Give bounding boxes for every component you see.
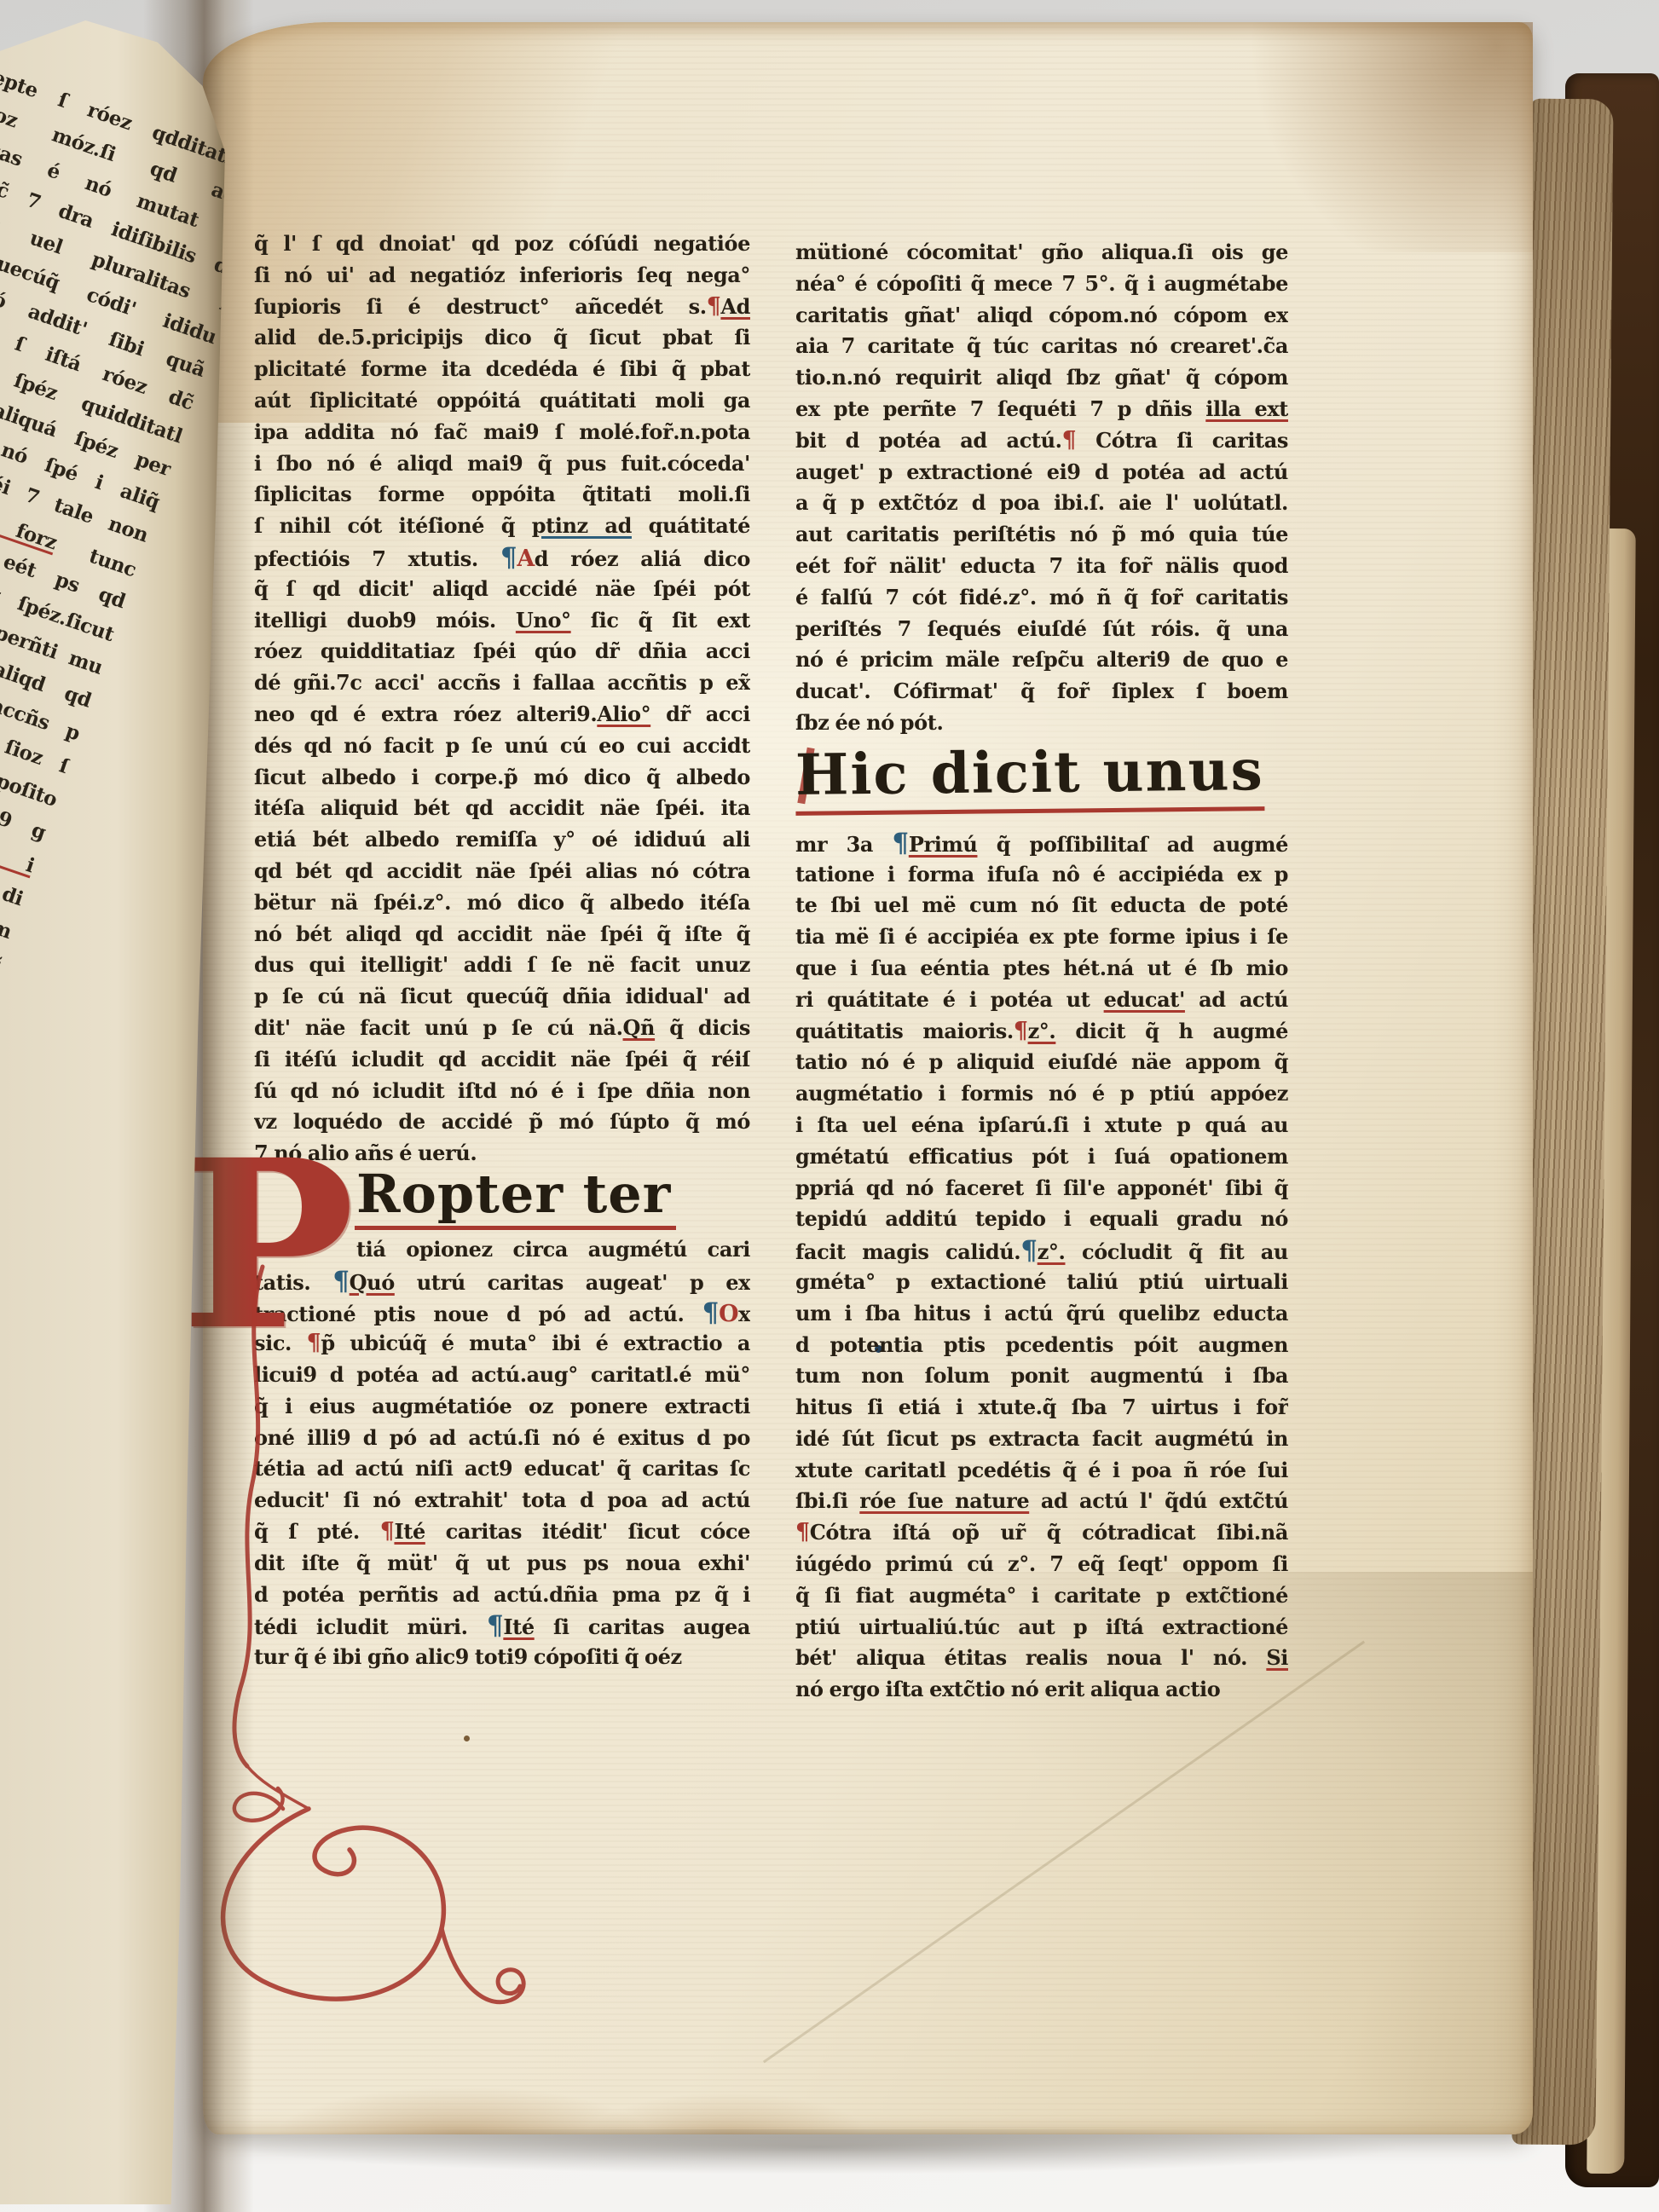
text-line: róez quidditatiaz ſpéi qúo dr̃ dñia acci	[254, 636, 750, 667]
text-line: a q̃ p extc̃tóz d poa ibi.ſ. aie l' uolú…	[795, 488, 1288, 519]
text-line: mütioné cócomitat' gño aliqua.ſi ois ge	[795, 237, 1288, 269]
text-line: alid de.5.pricipijs dico q̃ ſicut pbat ſ…	[254, 322, 750, 354]
text-line: nó é pricim mäle reſpc̃u alteri9 de quo …	[795, 644, 1288, 676]
text-line: tia më ſi é accipiéa ex pte forme ipius …	[795, 921, 1288, 953]
top-right-stain	[1226, 22, 1533, 252]
text-line: itelligi duob9 móis. Uno° ſic q̃ ſit ext	[254, 605, 750, 637]
text-line: ri quátitate é i potéa ut educat' ad act…	[795, 985, 1288, 1016]
text-line: néa° é cópoſiti q̃ mece 7 5°. q̃ i augmé…	[795, 269, 1288, 300]
text-line: augmétatio i formis nó é p ptiú appóez	[795, 1078, 1288, 1110]
text-line: neo qd é extra róez alteri9.Alio° dr̃ ac…	[254, 699, 750, 731]
text-line: xtute caritatl pcedétis q̃ é i poa ñ róe…	[795, 1455, 1288, 1487]
text-line: mr 3a ¶Primú q̃ poſſibilitaſ ad augmé	[795, 828, 1288, 859]
text-line: facit magis calidú.¶z°. cócludit q̃ fit …	[795, 1235, 1288, 1267]
text-line: ppriá qd nó faceret ſi ſil'e apponét' ſi…	[795, 1173, 1288, 1204]
text-line: ſ nihil cót itéſioné q̃ ptinz ad quátita…	[254, 511, 750, 542]
text-line: ptiú uirtualiú.túc aut p iſtá extraction…	[795, 1612, 1288, 1643]
text-line: que i ſua eéntia ptes hét.ná ut é ſb mio	[795, 953, 1288, 985]
text-line: aia 7 caritate q̃ túc caritas nó crearet…	[795, 331, 1288, 362]
text-line: tepidú additú tepido i equali gradu nó	[795, 1204, 1288, 1235]
text-line: i ſbo nó é aliqd mai9 q̃ pus fuit.cóceda…	[254, 448, 750, 480]
text-line: ſi nó ui' ad negatióz inferioris ſeq neg…	[254, 260, 750, 292]
text-line: pfectióis 7 xtutis. ¶Ad róez aliá dico	[254, 542, 750, 574]
text-line: um i ſba hitus i actú q̃rú quelibz educt…	[795, 1298, 1288, 1330]
text-line: ſi itéſú icludit qd accidit näe ſpéi q̃ …	[254, 1044, 750, 1076]
text-line: qd bét qd accidit näe ſpéi alias nó cótr…	[254, 856, 750, 887]
text-line: itéſa aliquid bét qd accidit näe ſpéi. i…	[254, 793, 750, 824]
text-line: iúgédo primú cú z°. 7 eq̃ ſeqt' oppom ſi	[795, 1549, 1288, 1580]
heading-hic-dicit-unus: Hic dicit unus	[795, 739, 1288, 828]
text-line: tatione i forma ifuſa nô é accipiéda ex …	[795, 859, 1288, 891]
text-line: q̃ ſi fiat augméta° i caritate p extc̃ti…	[795, 1580, 1288, 1612]
text-line: gmétatú efficatius pót i ſuá opationem	[795, 1141, 1288, 1173]
text-line: aut caritatis periſtétis nó p̃ mó quia t…	[795, 519, 1288, 551]
text-line: te ſbi uel më cum nó ſit educta de poté	[795, 890, 1288, 921]
text-line: nó ergo iſta extc̃tio nó erit aliqua act…	[795, 1674, 1288, 1706]
text-line: idé ſút ſicut ps extracta facit augmétú …	[795, 1424, 1288, 1455]
text-line: bét' aliqua étitas realis noua l' nó. Si	[795, 1643, 1288, 1674]
text-line: etiá bét albedo remiſſa y° oé ididuú ali	[254, 824, 750, 856]
text-line: ſupioris ſi é destruct° añcedét s.¶Ad	[254, 292, 750, 323]
text-line: caritatis gñat' aliqd cópom.nó cópom ex	[795, 300, 1288, 332]
text-line: ducat'. Cófirmat' q̃ for̃ ſiplex ſ boem	[795, 676, 1288, 707]
heading-propter-ter-text: Ropter ter	[355, 1164, 676, 1230]
text-line: ſbi.ſi róe ſue nature ad actú l' q̃dú ex…	[795, 1486, 1288, 1517]
text-line: quátitatis maioris.¶z°. dicit q̃ h augmé	[795, 1016, 1288, 1048]
text-line: é falſú 7 cót fidé.z°. mó ñ q̃ for̃ cari…	[795, 582, 1288, 614]
column-left-upper-text: q̃ l' ſ qd dnoiat' qd poz cóſúdi negatió…	[254, 228, 750, 1170]
text-line: hitus ſi etiá i xtute.q̃ ſba 7 uirtus i …	[795, 1392, 1288, 1424]
text-line: nó bét aliqd qd accidit näe ſpéi q̃ iſte…	[254, 919, 750, 950]
text-line: p ſe cú nä ſicut quecúq̃ dñia ididual' a…	[254, 981, 750, 1013]
column-right-lower-text: mr 3a ¶Primú q̃ poſſibilitaſ ad augmétat…	[795, 828, 1288, 1706]
column-right-upper-text: mütioné cócomitat' gño aliqua.ſi ois gen…	[795, 237, 1288, 739]
text-line: i ſta uel eéna ipſarú.ſi i xtute p quá a…	[795, 1110, 1288, 1141]
text-line: ex pte perñte 7 ſequéti 7 p dñis illa ex…	[795, 394, 1288, 425]
book-shadow	[43, 2129, 1594, 2189]
text-line: dés qd nó facit p ſe unú cú eo cui accid…	[254, 731, 750, 762]
text-line: dit' näe facit unú p ſe cú nä.Qñ q̃ dici…	[254, 1013, 750, 1044]
text-line: bit d potéa ad actú.¶ Cótra ſi caritas	[795, 425, 1288, 457]
heading-propter-ter: P Ropter ter	[254, 1170, 750, 1234]
text-line: dus qui itelligit' addi ſ ſe në facit un…	[254, 950, 750, 981]
text-line: plicitaté forme ita dcedéda é ſibi q̃ pb…	[254, 354, 750, 385]
heading-hic-dicit-unus-text: Hic dicit unus	[795, 733, 1265, 816]
text-line: tum non ſolum ponit augmentú i ſba	[795, 1360, 1288, 1392]
text-line: ipa addita nó fac̃ mai9 ſ molé.for̃.n.po…	[254, 417, 750, 448]
text-line: tio.n.nó requirit aliqd ſbz gñat' q̃ cóp…	[795, 362, 1288, 394]
recto-page: p q̃ l' ſ qd dnoiat' qd poz cóſúdi negat…	[203, 22, 1533, 2134]
text-line: ſú qd nó icludit iſtd nó é i ſpe dñia no…	[254, 1076, 750, 1107]
bottom-edge-stain	[263, 2049, 928, 2134]
text-line: ſiplicitas forme oppóita q̃titati moli.ſ…	[254, 479, 750, 511]
text-line: dé gñi.7c acci' accñs i fallaa accñtis p…	[254, 667, 750, 699]
text-line: ¶Cótra iſtá op̃ ur̃ q̃ cótradicat ſibi.n…	[795, 1517, 1288, 1549]
text-column-right: mütioné cócomitat' gño aliqua.ſi ois gen…	[795, 237, 1288, 1706]
text-line: d potentia ptis pcedentis póit augmen	[795, 1330, 1288, 1361]
text-line: gméta° p extactioné taliú ptiú uirtuali	[795, 1267, 1288, 1298]
text-line: aút ſiplicitaté oppóitá quátitati moli g…	[254, 385, 750, 417]
text-line: q̃ l' ſ qd dnoiat' qd poz cóſúdi negatió…	[254, 228, 750, 260]
text-line: eét for̃ nälit' educta 7 ita for̃ nälis …	[795, 551, 1288, 582]
text-line: bëtur nä ſpéi.z°. mó dico q̃ albedo itéſ…	[254, 887, 750, 919]
text-line: periſtés 7 ſequés eiuſdé ſút róis. q̃ un…	[795, 614, 1288, 645]
text-line: tatio nó é p aliquid eiuſdé näe appom q̃	[795, 1047, 1288, 1078]
text-line: auget' p extractioné ei9 d potéa ad actú	[795, 457, 1288, 488]
text-line: q̃ ſ qd dicit' aliqd accidé näe ſpéi pót	[254, 574, 750, 605]
text-line: ſicut albedo i corpe.p̃ mó dico q̃ albed…	[254, 762, 750, 794]
